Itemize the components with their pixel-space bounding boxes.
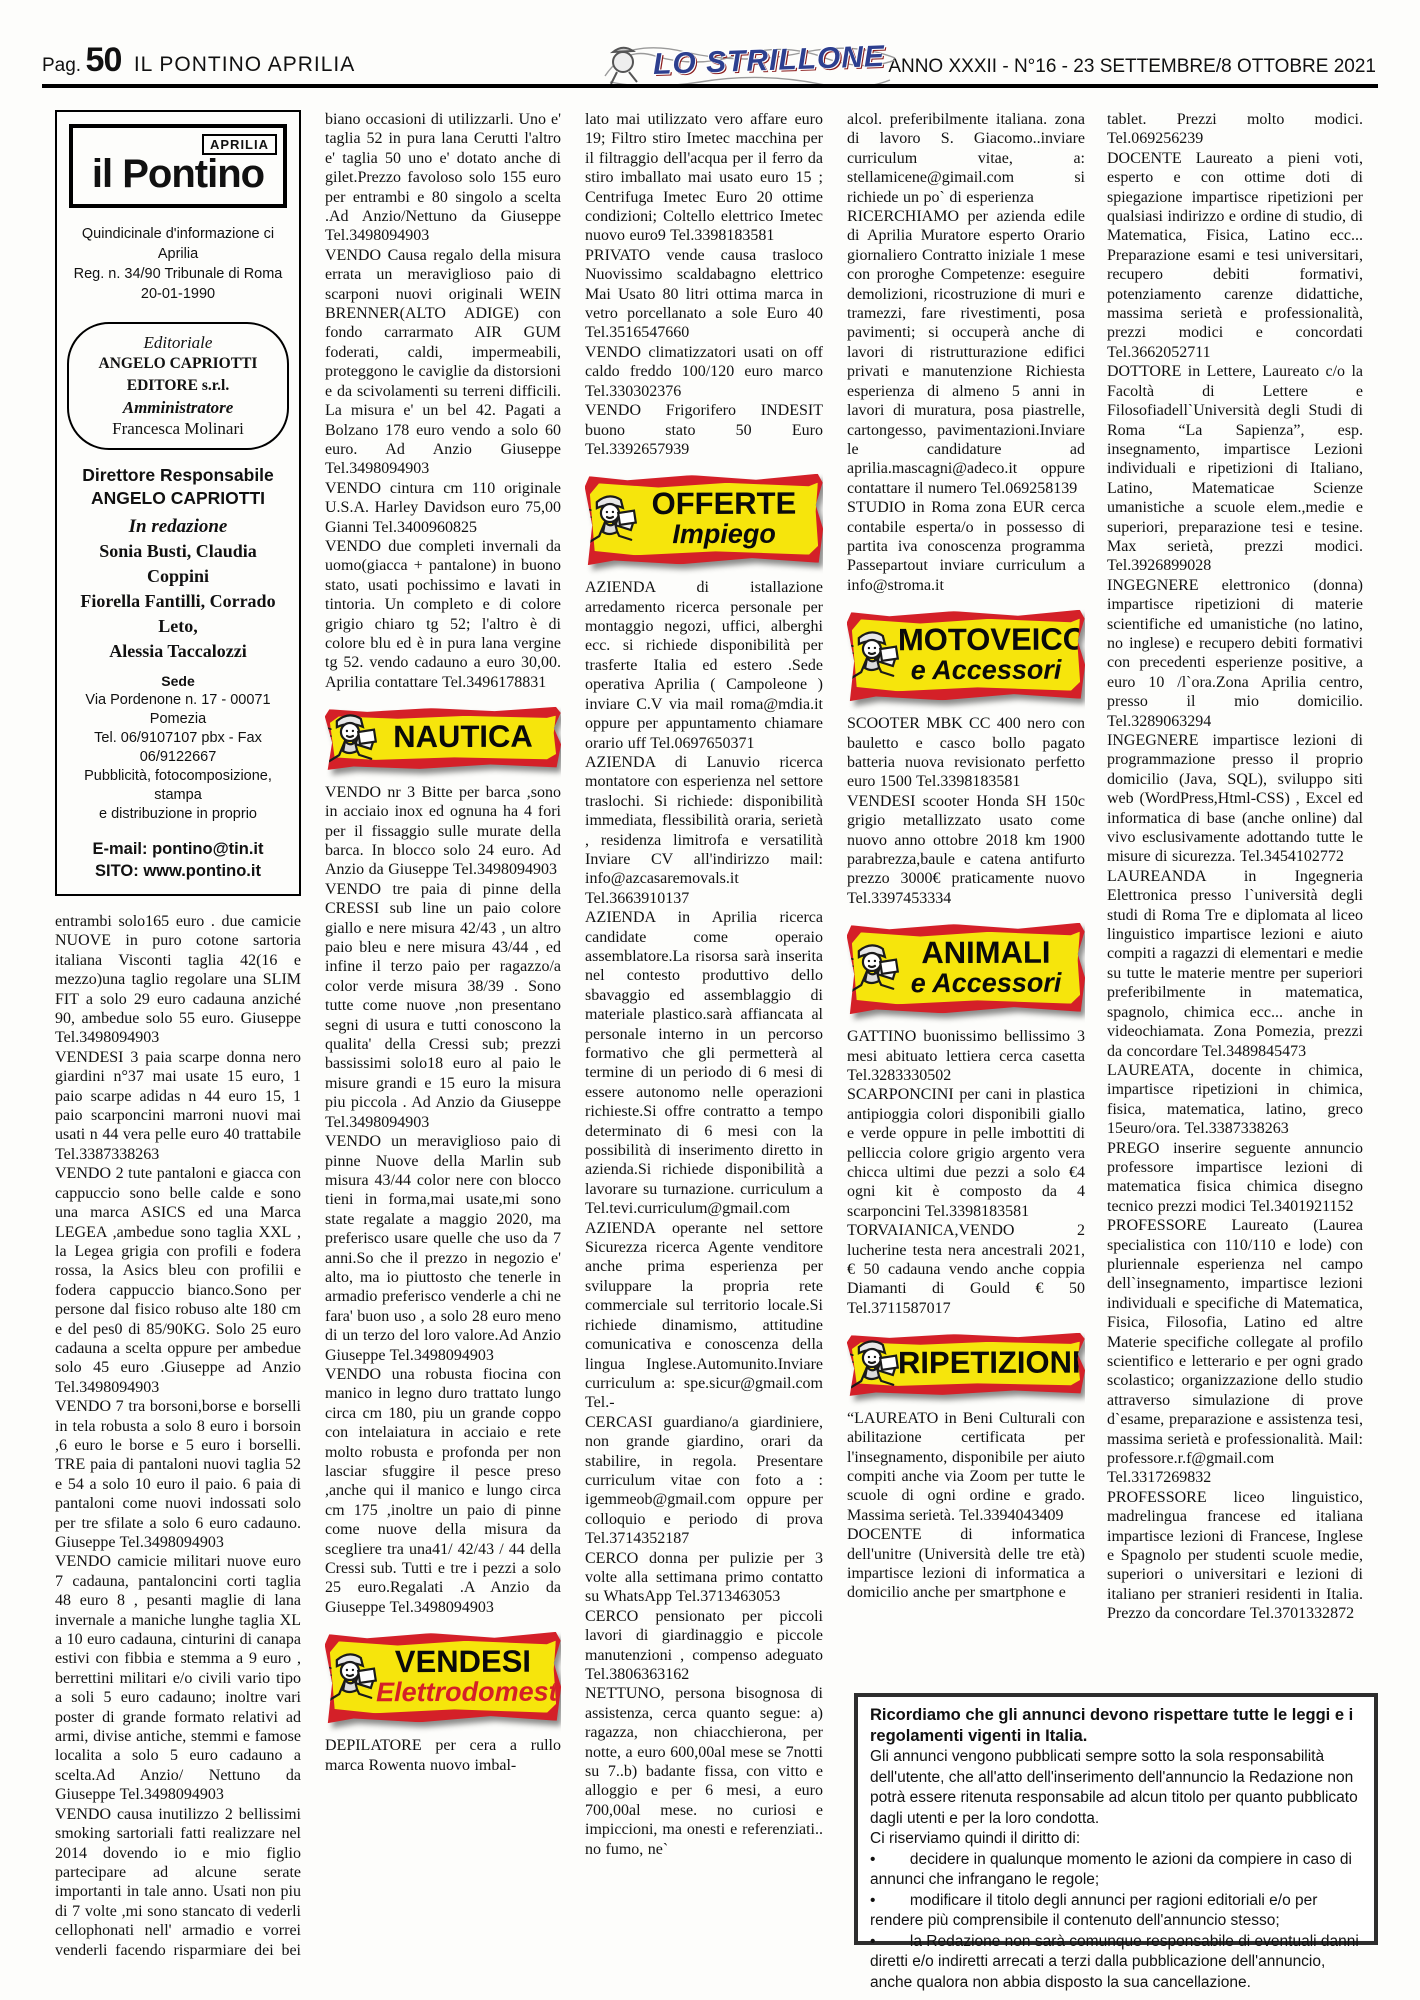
- notice-text-item: Gli annunci vengono pubblicati sempre so…: [870, 1747, 1362, 1829]
- classified-ad: VENDO un meraviglioso paio di pinne Nuov…: [325, 1132, 561, 1365]
- classified-ad: VENDO nr 3 Bitte per barca ,sono in acci…: [325, 783, 561, 880]
- paper-name: IL PONTINO APRILIA: [134, 53, 355, 76]
- classified-ad: PROFESSORE Laureato (Laurea specialistic…: [1107, 1216, 1363, 1488]
- newsboy-icon: [847, 937, 905, 1002]
- newsboy-icon: [585, 488, 643, 553]
- classified-ad: INGEGNERE impartisce lezioni di programm…: [1107, 731, 1363, 867]
- masthead-website: SITO: www.pontino.it: [67, 860, 289, 882]
- masthead-subtitle: Quindicinale d'informazione ci Aprilia: [67, 224, 289, 264]
- column-1-ads: entrambi solo165 euro . due camicie NUOV…: [55, 912, 301, 1960]
- classified-ad: entrambi solo165 euro . due camicie NUOV…: [55, 912, 301, 1048]
- classified-ad: AZIENDA in Aprilia ricerca candidate com…: [585, 908, 823, 1219]
- masthead-region-label: APRILIA: [202, 134, 277, 155]
- office-phone-fax: Tel. 06/9107107 pbx - Fax 06/9122667: [67, 729, 289, 767]
- services-line-2: e distribuzione in proprio: [67, 805, 289, 824]
- classified-ad: PROFESSORE liceo linguistico, madrelingu…: [1107, 1488, 1363, 1624]
- column-4: alcol. preferibilmente italiana. zona di…: [847, 110, 1085, 1688]
- notice-text-item: Ci riserviamo quindi il diritto di:: [870, 1829, 1362, 1850]
- rules-notice-bullets: decidere in qualunque momento le azioni …: [870, 1850, 1362, 1994]
- banner-red-frame: OFFERTE Impiego: [585, 474, 823, 565]
- masthead-editorial-box: Editoriale ANGELO CAPRIOTTI EDITORE s.r.…: [67, 322, 289, 450]
- classified-ad: SCOOTER MBK CC 400 nero con bauletto e c…: [847, 714, 1085, 792]
- editorial-label: Editoriale: [73, 332, 283, 353]
- classified-ad: VENDO 2 tute pantaloni e giacca con capp…: [55, 1164, 301, 1397]
- section-banner-motoveicoli: MOTOVEICOLI e Accessori: [847, 611, 1085, 700]
- director-name: ANGELO CAPRIOTTI: [67, 487, 289, 510]
- rules-notice-box: Ricordiamo che gli annunci devono rispet…: [854, 1693, 1378, 1945]
- classified-ad: lato mai utilizzato vero affare euro 19;…: [585, 110, 823, 246]
- classified-ad: VENDO Frigorifero INDESIT buono stato 50…: [585, 401, 823, 459]
- banner-red-frame: ANIMALI e Accessori: [847, 923, 1085, 1014]
- notice-text-item: la Redazione non sarà comunque responsab…: [870, 1932, 1362, 1994]
- column-2: biano occasioni di utilizzarli. Uno e' t…: [325, 110, 561, 1962]
- notice-text-item: decidere in qualunque momento le azioni …: [870, 1850, 1362, 1891]
- section-banner-vendesi: VENDESI Elettrodomestici: [325, 1633, 561, 1722]
- classified-ad: RICERCHIAMO per azienda edile di Aprilia…: [847, 207, 1085, 498]
- classified-ad: DOCENTE di informatica dell'unitre (Univ…: [847, 1525, 1085, 1603]
- section-banner-ripetizioni: RIPETIZIONI: [847, 1334, 1085, 1395]
- classified-ad: VENDESI scooter Honda SH 150c grigio met…: [847, 792, 1085, 908]
- masthead-reg-date: 20-01-1990: [67, 284, 289, 304]
- newspaper-page: Pag. 50 IL PONTINO APRILIA ANNO XXXII - …: [0, 0, 1420, 2000]
- masthead-title: il Pontino: [81, 154, 275, 194]
- services-line-1: Pubblicità, fotocomposizione, stampa: [67, 767, 289, 805]
- classified-ad: INGEGNERE elettronico (donna) impartisce…: [1107, 576, 1363, 731]
- classified-ad: LAUREATA, docente in chimica, impartisce…: [1107, 1061, 1363, 1139]
- classified-ad: biano occasioni di utilizzarli. Uno e' t…: [325, 110, 561, 246]
- classified-ad: SCARPONCINI per cani in plastica antipio…: [847, 1085, 1085, 1221]
- banner-red-frame: VENDESI Elettrodomestici: [325, 1632, 561, 1723]
- classified-ad: PRIVATO vende causa trasloco Nuovissimo …: [585, 246, 823, 343]
- classified-ad: CERCO donna per pulizie per 3 volte alla…: [585, 1549, 823, 1607]
- classified-ad: TORVAIANICA,VENDO 2 lucherine testa nera…: [847, 1221, 1085, 1318]
- classified-ad: DOCENTE Laureato a pieni voti, esperto e…: [1107, 149, 1363, 362]
- classified-ad: LAUREANDA in Ingegneria Elettronica pres…: [1107, 867, 1363, 1061]
- header-rule: [42, 84, 1378, 88]
- staff-label: In redazione: [67, 514, 289, 539]
- masthead-title-box: APRILIA il Pontino: [69, 124, 287, 208]
- page-number: 50: [86, 41, 122, 79]
- banner-red-frame: RIPETIZIONI: [847, 1333, 1085, 1396]
- director-label: Direttore Responsabile: [67, 464, 289, 487]
- masthead-registration: Reg. n. 34/90 Tribunale di Roma: [67, 264, 289, 284]
- classified-ad: GATTINO buonissimo bellissimo 3 mesi abi…: [847, 1027, 1085, 1085]
- column-1: APRILIA il Pontino Quindicinale d'inform…: [55, 110, 301, 1960]
- issue-info: ANNO XXXII - N°16 - 23 SETTEMBRE/8 OTTOB…: [888, 56, 1376, 78]
- section-banner-nautica: NAUTICA: [325, 708, 561, 769]
- staff-line-3: Alessia Taccalozzi: [67, 639, 289, 664]
- classified-ad: AZIENDA di Lanuvio ricerca montatore con…: [585, 753, 823, 908]
- classified-ad: VENDO una robusta fiocina con manico in …: [325, 1365, 561, 1617]
- publisher-name: ANGELO CAPRIOTTI EDITORE s.r.l.: [73, 353, 283, 397]
- column-5: tablet. Prezzi molto modici. Tel.0692562…: [1107, 110, 1363, 1688]
- classified-ad: alcol. preferibilmente italiana. zona di…: [847, 110, 1085, 207]
- classified-ad: CERCO pensionato per piccoli lavori di g…: [585, 1607, 823, 1685]
- admin-name: Francesca Molinari: [73, 418, 283, 440]
- classified-ad: VENDO cintura cm 110 originale U.S.A. Ha…: [325, 479, 561, 537]
- notice-text-item: modificare il titolo degli annunci per r…: [870, 1891, 1362, 1932]
- classified-ad: AZIENDA operante nel settore Sicurezza r…: [585, 1219, 823, 1413]
- staff-line-2: Fiorella Fantilli, Corrado Leto,: [67, 589, 289, 639]
- classified-ad: DOTTORE in Lettere, Laureato c/o la Faco…: [1107, 362, 1363, 575]
- classified-ad: PREGO inserire seguente annuncio profess…: [1107, 1139, 1363, 1217]
- office-address: Via Pordenone n. 17 - 00071 Pomezia: [67, 691, 289, 729]
- classified-ad: VENDO tre paia di pinne della CRESSI sub…: [325, 880, 561, 1132]
- masthead-box: APRILIA il Pontino Quindicinale d'inform…: [55, 110, 301, 896]
- rules-notice-paragraphs: Gli annunci vengono pubblicati sempre so…: [870, 1747, 1362, 1850]
- rules-notice-heading: Ricordiamo che gli annunci devono rispet…: [870, 1705, 1362, 1747]
- newsboy-icon: [847, 1333, 905, 1398]
- page-label: Pag.: [42, 55, 81, 76]
- classified-ad: VENDO 7 tra borsoni,borse e borselli in …: [55, 1397, 301, 1552]
- classified-ad: VENDO due completi invernali da uomo(gia…: [325, 537, 561, 692]
- staff-line-1: Sonia Busti, Claudia Coppini: [67, 539, 289, 589]
- classified-ad: VENDO Causa regalo della misura errata u…: [325, 246, 561, 479]
- classified-ad: STUDIO in Roma zona EUR cerca contabile …: [847, 498, 1085, 595]
- classified-ad: AZIENDA di istallazione arredamento rice…: [585, 578, 823, 753]
- section-banner-offerte: OFFERTE Impiego: [585, 475, 823, 564]
- classified-ad: VENDO causa inutilizzo 2 bellissimi smok…: [55, 1805, 301, 1960]
- newsboy-icon: [847, 624, 905, 689]
- classified-ad: VENDESI 3 paia scarpe donna nero giardin…: [55, 1048, 301, 1164]
- newsboy-icon: [325, 1646, 383, 1711]
- banner-red-frame: NAUTICA: [325, 707, 561, 770]
- column-3: lato mai utilizzato vero affare euro 19;…: [585, 110, 823, 1962]
- classified-ad: VENDO camicie militari nuove euro 7 cada…: [55, 1552, 301, 1804]
- classified-ad: DEPILATORE per cera a rullo marca Rowent…: [325, 1736, 561, 1775]
- classified-ad: VENDO climatizzatori usati on off caldo …: [585, 343, 823, 401]
- masthead-email: E-mail: pontino@tin.it: [67, 838, 289, 860]
- classified-ad: “LAUREATO in Beni Culturali con abilitaz…: [847, 1409, 1085, 1525]
- section-banner-animali: ANIMALI e Accessori: [847, 924, 1085, 1013]
- banner-red-frame: MOTOVEICOLI e Accessori: [847, 610, 1085, 701]
- classified-ad: CERCASI guardiano/a giardiniere, non gra…: [585, 1413, 823, 1549]
- classified-ad: tablet. Prezzi molto modici. Tel.0692562…: [1107, 110, 1363, 149]
- classified-ad: NETTUNO, persona bisognosa di assistenza…: [585, 1684, 823, 1859]
- office-label: Sede: [67, 672, 289, 691]
- admin-label: Amministratore: [73, 397, 283, 418]
- strillone-logo: LO STRILLONE: [595, 36, 905, 88]
- newsboy-icon: [325, 707, 383, 772]
- header-left: Pag. 50 IL PONTINO APRILIA: [42, 41, 355, 80]
